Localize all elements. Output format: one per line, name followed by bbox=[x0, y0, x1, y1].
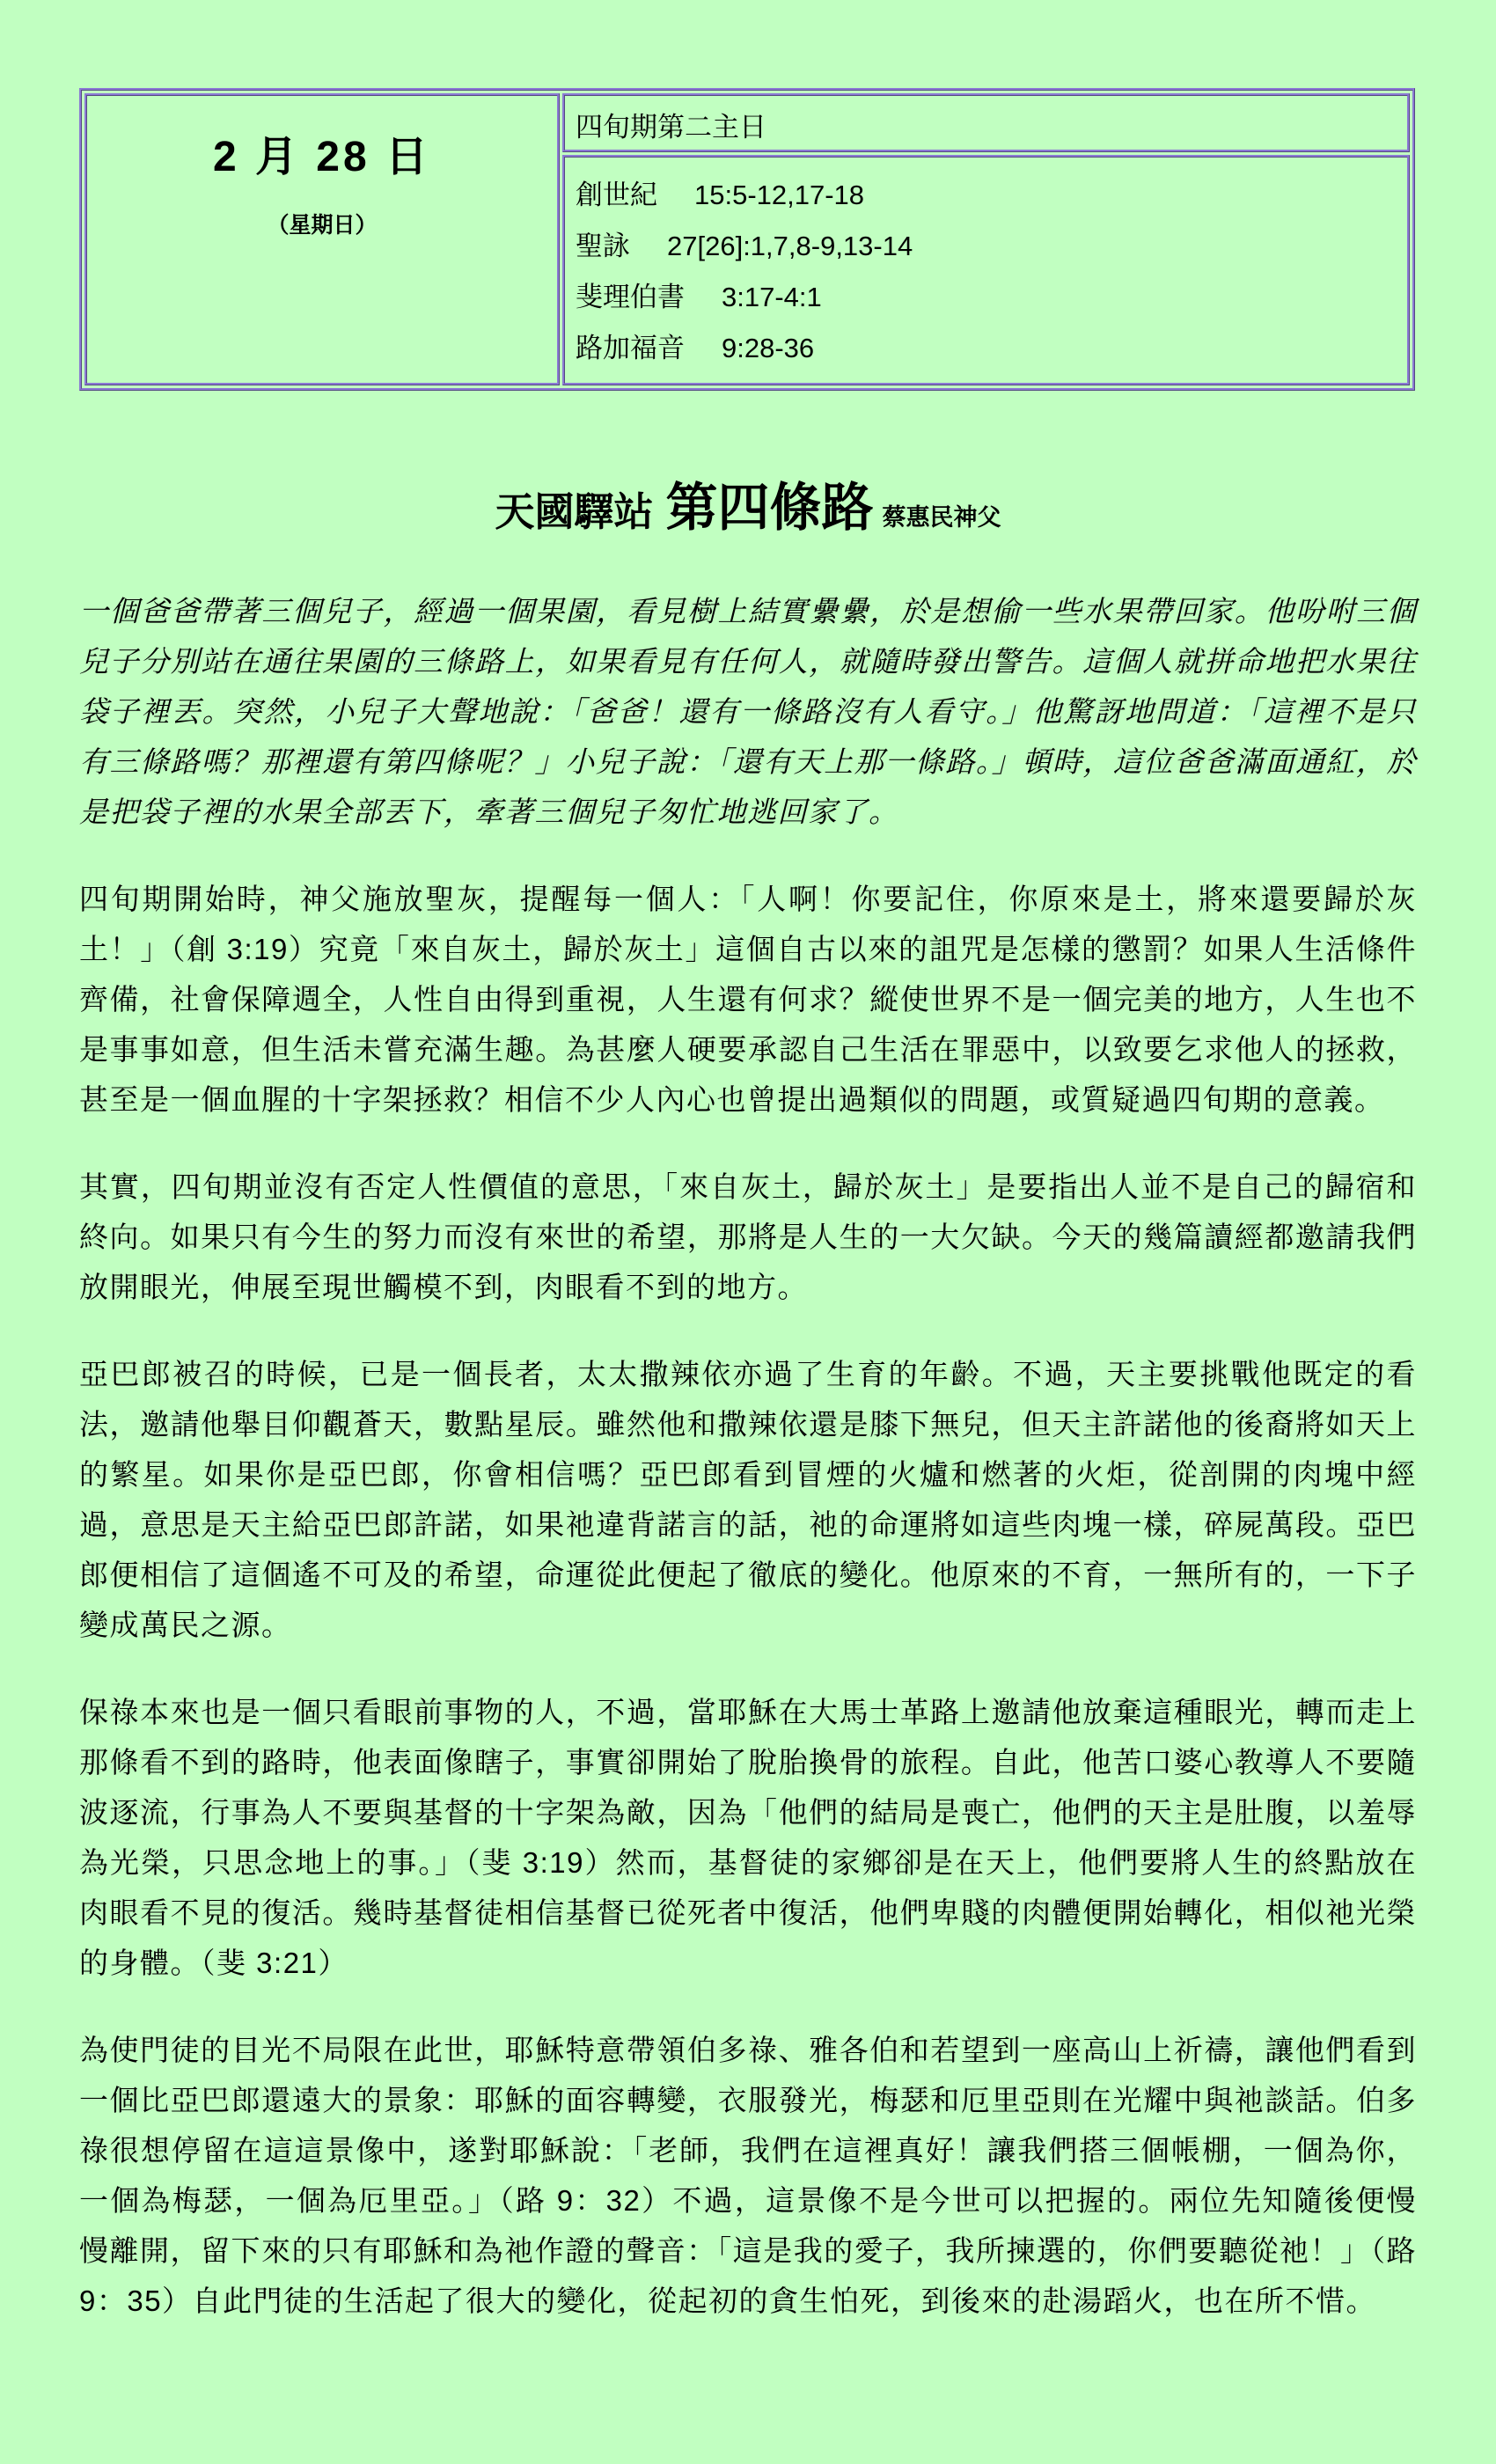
reading-book: 聖詠 bbox=[576, 231, 630, 261]
weekday-text: （星期日） bbox=[88, 208, 556, 239]
reading-ref: 9:28-36 bbox=[722, 333, 814, 363]
feast-cell: 四旬期第二主日 bbox=[562, 93, 1410, 152]
reflection-paragraph-1: 四旬期開始時，神父施放聖灰，提醒每一個人：「人啊！你要記住，你原來是土，將來還要… bbox=[79, 874, 1417, 1125]
date-text: 2 月 28 日 bbox=[88, 122, 556, 183]
feast-title: 四旬期第二主日 bbox=[576, 112, 766, 143]
page-title: 第四條路 bbox=[666, 479, 874, 537]
document-page: 2 月 28 日 （星期日） 四旬期第二主日 創世紀15:5-12,17-18 … bbox=[0, 0, 1496, 2464]
reading-ref: 27[26]:1,7,8-9,13-14 bbox=[667, 231, 913, 261]
author-name: 蔡惠民神父 bbox=[883, 504, 1001, 531]
reading-book: 創世紀 bbox=[576, 180, 657, 210]
series-name: 天國驛站 bbox=[495, 489, 653, 534]
date-cell: 2 月 28 日 （星期日） bbox=[84, 93, 560, 385]
reading-row: 斐理伯書3:17-4:1 bbox=[576, 272, 1397, 323]
reading-ref: 15:5-12,17-18 bbox=[694, 180, 864, 210]
reading-ref: 3:17-4:1 bbox=[722, 282, 822, 312]
reflection-paragraph-2: 其實，四旬期並沒有否定人性價值的意思，「來自灰土，歸於灰土」是要指出人並不是自己… bbox=[79, 1162, 1417, 1312]
reflection-paragraph-4: 保祿本來也是一個只看眼前事物的人，不過，當耶穌在大馬士革路上邀請他放棄這種眼光，… bbox=[79, 1687, 1417, 1988]
reflection-paragraph-5: 為使門徒的目光不局限在此世，耶穌特意帶領伯多祿、雅各伯和若望到一座高山上祈禱，讓… bbox=[79, 2025, 1417, 2326]
story-paragraph: 一個爸爸帶著三個兒子，經過一個果園，看見樹上結實纍纍，於是想偷一些水果帶回家。他… bbox=[79, 586, 1417, 837]
reading-row: 聖詠27[26]:1,7,8-9,13-14 bbox=[576, 221, 1397, 272]
liturgical-calendar-table: 2 月 28 日 （星期日） 四旬期第二主日 創世紀15:5-12,17-18 … bbox=[79, 88, 1415, 391]
reading-book: 路加福音 bbox=[576, 333, 685, 363]
reading-row: 創世紀15:5-12,17-18 bbox=[576, 170, 1397, 221]
reflection-paragraph-3: 亞巴郎被召的時候，已是一個長者，太太撒辣依亦過了生育的年齡。不過，天主要挑戰他既… bbox=[79, 1349, 1417, 1650]
article-title: 天國驛站第四條路蔡惠民神父 bbox=[79, 466, 1417, 540]
readings-cell: 創世紀15:5-12,17-18 聖詠27[26]:1,7,8-9,13-14 … bbox=[562, 155, 1410, 385]
reading-book: 斐理伯書 bbox=[576, 282, 685, 312]
reading-row: 路加福音9:28-36 bbox=[576, 323, 1397, 374]
